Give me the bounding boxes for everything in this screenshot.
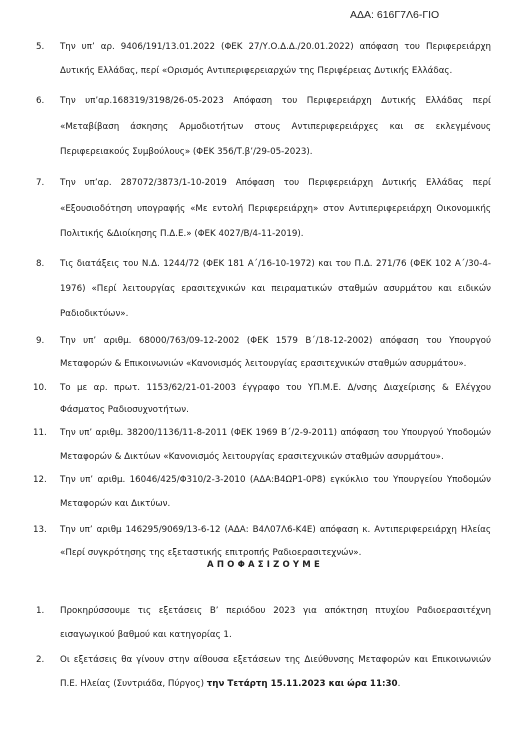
consideration-number: 6. (36, 95, 44, 107)
consideration-text-line: Την υπ’ αριθμ. 16046/425/Φ310/2-3-2010 (… (60, 474, 491, 486)
consideration-number: 7. (36, 177, 44, 189)
consideration-text-line: Μεταφορών & Δικτύων «Κανονισμός λειτουργ… (60, 451, 444, 463)
consideration-number: 8. (36, 258, 44, 270)
consideration-text-line: Ραδιοδικτύων». (60, 308, 128, 320)
consideration-text-line: Την υπ’αρ. 287072/3873/1-10-2019 Απόφαση… (60, 177, 491, 189)
consideration-number: 11. (33, 427, 47, 439)
decision-heading: ΑΠΟΦΑΣΙΖΟΥΜΕ (0, 560, 530, 570)
decision-text-line: Προκηρύσσουμε τις εξετάσεις Β’ περιόδου … (60, 605, 491, 617)
consideration-text-line: Φάσματος Ραδιοσυχνοτήτων. (60, 404, 189, 416)
consideration-text-line: Την υπ’ αρ. 9406/191/13.01.2022 (ΦΕΚ 27/… (60, 41, 491, 53)
consideration-text-line: 1976) «Περί λειτουργίας ερασιτεχνικών κα… (60, 283, 491, 295)
decision-text-line: Π.Ε. Ηλείας (Συντριάδα, Πύργος) την Τετά… (60, 678, 400, 690)
decision-text-line: εισαγωγικού βαθμού και κατηγορίας 1. (60, 629, 232, 641)
consideration-text-line: Μεταφορών & Επικοινωνιών «Κανονισμός λει… (60, 358, 466, 370)
period: . (398, 679, 401, 689)
decision-number: 1. (36, 605, 44, 617)
exam-location: Π.Ε. Ηλείας (Συντριάδα, Πύργος) (60, 679, 207, 689)
consideration-text-line: Τις διατάξεις του Ν.Δ. 1244/72 (ΦΕΚ 181 … (60, 258, 491, 270)
consideration-number: 9. (36, 335, 44, 347)
consideration-text-line: Μεταφορών και Δικτύων. (60, 498, 170, 510)
decision-text-line: Οι εξετάσεις θα γίνουν στην αίθουσα εξετ… (60, 654, 491, 666)
consideration-text-line: «Μεταβίβαση άσκησης Αρμοδιοτήτων στους Α… (60, 121, 491, 133)
decision-number: 2. (36, 654, 44, 666)
exam-date-time: την Τετάρτη 15.11.2023 και ώρα 11:30 (207, 679, 398, 689)
consideration-text-line: Δυτικής Ελλάδας, περί «Ορισμός Αντιπεριφ… (60, 65, 452, 77)
consideration-text-line: Την υπ’αρ.168319/3198/26-05-2023 Απόφαση… (60, 95, 491, 107)
consideration-text-line: Την υπ’ αριθμ 146295/9069/13-6-12 (ΑΔΑ: … (60, 524, 491, 536)
consideration-text-line: Το με αρ. πρωτ. 1153/62/21-01-2003 έγγρα… (60, 382, 491, 394)
consideration-text-line: Πολιτικής &Διοίκησης Π.Δ.Ε.» (ΦΕΚ 4027/Β… (60, 228, 304, 240)
consideration-number: 10. (33, 382, 47, 394)
consideration-text-line: Την υπ’ αριθμ. 38200/1136/11-8-2011 (ΦΕΚ… (60, 427, 491, 439)
ada-code: ΑΔΑ: 616Γ7Λ6-ΓΙΟ (350, 9, 439, 21)
consideration-number: 12. (33, 474, 47, 486)
consideration-text-line: Την υπ’ αριθμ. 68000/763/09-12-2002 (ΦΕΚ… (60, 335, 491, 347)
consideration-number: 5. (36, 41, 44, 53)
consideration-text-line: «Εξουσιοδότηση υπογραφής «Με εντολή Περι… (60, 203, 491, 215)
consideration-text-line: «Περί συγκρότησης της εξεταστικής επιτρο… (60, 547, 361, 559)
consideration-number: 13. (33, 524, 47, 536)
consideration-text-line: Περιφερειακούς Συμβούλους» (ΦΕΚ 356/Τ.β’… (60, 146, 313, 158)
